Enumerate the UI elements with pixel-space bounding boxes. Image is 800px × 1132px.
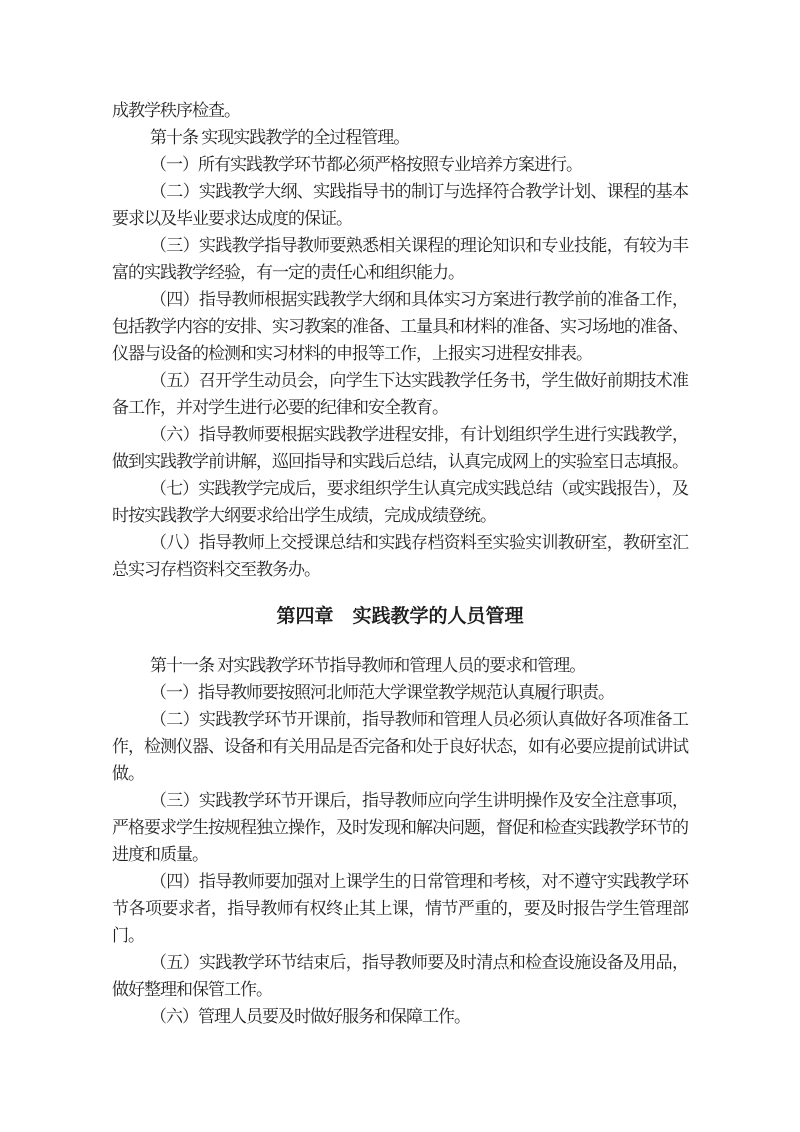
document-page: 成教学秩序检查。第十条 实现实践教学的全过程管理。（一）所有实践教学环节都必须严… xyxy=(0,0,800,1132)
paragraph: （七）实践教学完成后，要求组织学生认真完成实践总结（或实践报告），及时按实践教学… xyxy=(112,475,688,529)
paragraph: （三）实践教学指导教师要熟悉相关课程的理论知识和专业技能，有较为丰富的实践教学经… xyxy=(112,232,688,286)
paragraph: （二）实践教学大纲、实践指导书的制订与选择符合教学计划、课程的基本要求以及毕业要… xyxy=(112,178,688,232)
paragraph: （四）指导教师根据实践教学大纲和具体实习方案进行教学前的准备工作，包括教学内容的… xyxy=(112,286,688,367)
paragraph: （三）实践教学环节开课后，指导教师应向学生讲明操作及安全注意事项，严格要求学生按… xyxy=(112,787,688,868)
paragraph: （一）指导教师要按照河北师范大学课堂教学规范认真履行职责。 xyxy=(112,679,688,706)
paragraph: （六）管理人员要及时做好服务和保障工作。 xyxy=(112,1003,688,1030)
paragraph: （五）实践教学环节结束后，指导教师要及时清点和检查设施设备及用品，做好整理和保管… xyxy=(112,949,688,1003)
paragraph: （二）实践教学环节开课前，指导教师和管理人员必须认真做好各项准备工作，检测仪器、… xyxy=(112,706,688,787)
paragraph: 第十一条 对实践教学环节指导教师和管理人员的要求和管理。 xyxy=(112,652,688,679)
paragraph: （六）指导教师要根据实践教学进程安排，有计划组织学生进行实践教学，做到实践教学前… xyxy=(112,421,688,475)
document-text-block: 成教学秩序检查。第十条 实现实践教学的全过程管理。（一）所有实践教学环节都必须严… xyxy=(112,97,688,1030)
paragraph: （四）指导教师要加强对上课学生的日常管理和考核，对不遵守实践教学环节各项要求者，… xyxy=(112,868,688,949)
paragraph: （八）指导教师上交授课总结和实践存档资料至实验实训教研室，教研室汇总实习存档资料… xyxy=(112,529,688,583)
paragraph: 成教学秩序检查。 xyxy=(112,97,688,124)
paragraph: （五）召开学生动员会，向学生下达实践教学任务书，学生做好前期技术准备工作，并对学… xyxy=(112,367,688,421)
paragraph: （一）所有实践教学环节都必须严格按照专业培养方案进行。 xyxy=(112,151,688,178)
paragraph: 第十条 实现实践教学的全过程管理。 xyxy=(112,124,688,151)
chapter-heading: 第四章 实践教学的人员管理 xyxy=(112,603,688,630)
